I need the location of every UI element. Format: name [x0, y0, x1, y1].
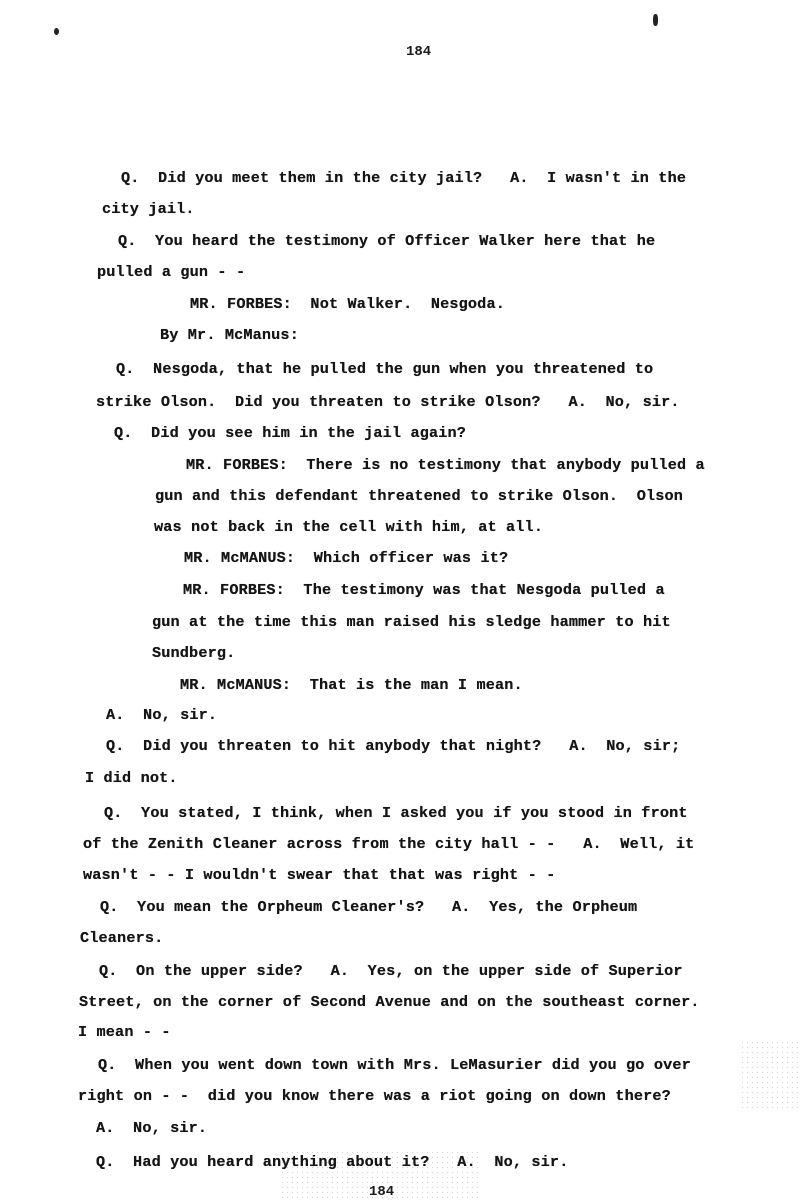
transcript-line: Q. Had you heard anything about it? A. N… — [96, 1153, 568, 1171]
transcript-line: I did not. — [85, 769, 178, 787]
scan-noise — [740, 1040, 800, 1110]
transcript-line: Q. When you went down town with Mrs. LeM… — [98, 1056, 691, 1074]
transcript-line: was not back in the cell with him, at al… — [154, 518, 543, 536]
transcript-line: By Mr. McManus: — [160, 326, 299, 344]
scan-speck — [653, 14, 658, 26]
transcript-line: Q. You heard the testimony of Officer Wa… — [118, 232, 655, 250]
transcript-line: Q. You stated, I think, when I asked you… — [104, 804, 688, 822]
transcript-line: Q. On the upper side? A. Yes, on the upp… — [99, 962, 683, 980]
transcript-line: Sundberg. — [152, 644, 235, 662]
transcript-line: Q. Did you meet them in the city jail? A… — [121, 169, 686, 187]
page-number-bottom: 184 — [369, 1184, 394, 1200]
transcript-line: Q. Did you threaten to hit anybody that … — [106, 737, 680, 755]
transcript-line: MR. McMANUS: That is the man I mean. — [180, 676, 523, 694]
transcript-line: Cleaners. — [80, 929, 163, 947]
transcript-line: Q. Nesgoda, that he pulled the gun when … — [116, 360, 653, 378]
transcript-line: pulled a gun - - — [97, 263, 245, 281]
transcript-line: MR. FORBES: Not Walker. Nesgoda. — [190, 295, 505, 313]
transcript-line: Q. Did you see him in the jail again? — [114, 424, 466, 442]
transcript-line: Q. You mean the Orpheum Cleaner's? A. Ye… — [100, 898, 637, 916]
transcript-line: right on - - did you know there was a ri… — [78, 1087, 671, 1105]
transcript-line: MR. FORBES: There is no testimony that a… — [186, 456, 705, 474]
transcript-page: 184 Q. Did you meet them in the city jai… — [0, 0, 800, 1203]
transcript-line: MR. McMANUS: Which officer was it? — [184, 549, 508, 567]
page-number-top: 184 — [406, 44, 431, 60]
transcript-line: strike Olson. Did you threaten to strike… — [96, 393, 680, 411]
transcript-line: city jail. — [102, 200, 195, 218]
scan-speck — [54, 28, 59, 35]
transcript-line: gun at the time this man raised his sled… — [152, 613, 671, 631]
transcript-line: Street, on the corner of Second Avenue a… — [79, 993, 700, 1011]
transcript-line: MR. FORBES: The testimony was that Nesgo… — [183, 581, 665, 599]
transcript-line: I mean - - — [78, 1023, 171, 1041]
transcript-line: wasn't - - I wouldn't swear that that wa… — [83, 866, 555, 884]
transcript-line: of the Zenith Cleaner across from the ci… — [83, 835, 694, 853]
transcript-line: A. No, sir. — [96, 1119, 207, 1137]
transcript-line: A. No, sir. — [106, 706, 217, 724]
transcript-line: gun and this defendant threatened to str… — [155, 487, 683, 505]
